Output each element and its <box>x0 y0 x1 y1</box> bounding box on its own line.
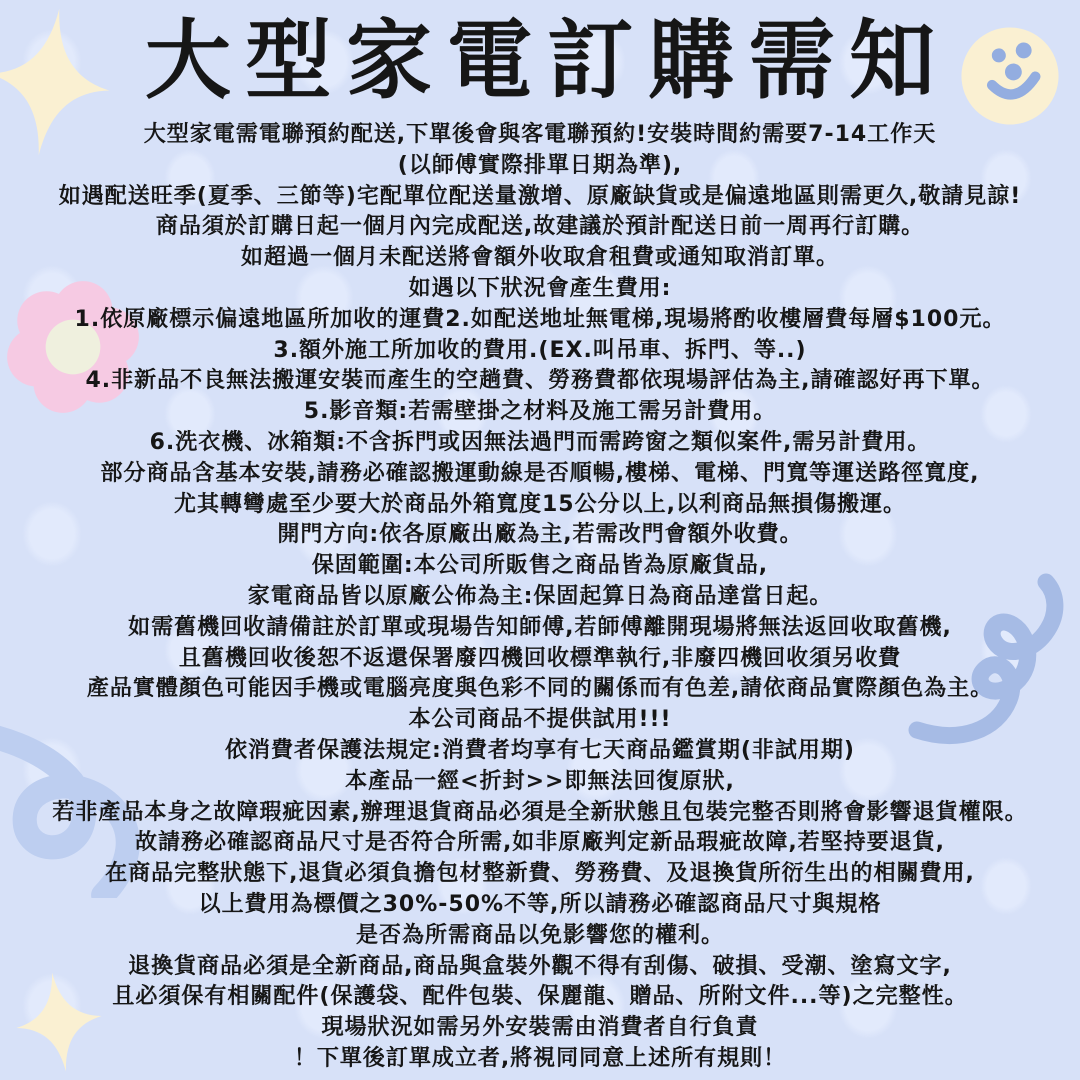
notice-line: 部分商品含基本安裝,請務必確認搬運動線是否順暢,樓梯、電梯、門寬等運送路徑寬度, <box>0 459 1080 490</box>
notice-line: 現場狀況如需另外安裝需由消費者自行負責 <box>0 1013 1080 1044</box>
notice-line: 以上費用為標價之30%-50%不等,所以請務必確認商品尺寸與規格 <box>0 890 1080 921</box>
notice-line: 大型家電需電聯預約配送,下單後會與客電聯預約!安裝時間約需要7-14工作天 <box>0 120 1080 151</box>
notice-line: 產品實體顏色可能因手機或電腦亮度與色彩不同的關係而有色差,請依商品實際顏色為主。 <box>0 674 1080 705</box>
notice-line: 若非產品本身之故障瑕疵因素,辦理退貨商品必須是全新狀態且包裝完整否則將會影響退貨… <box>0 798 1080 829</box>
notice-line: 3.額外施工所加收的費用.(EX.叫吊車、拆門、等..) <box>0 336 1080 367</box>
notice-line: 如需舊機回收請備註於訂單或現場告知師傅,若師傅離開現場將無法返回收取舊機, <box>0 613 1080 644</box>
notice-line: 故請務必確認商品尺寸是否符合所需,如非原廠判定新品瑕疵故障,若堅持要退貨, <box>0 828 1080 859</box>
notice-line: 4.非新品不良無法搬運安裝而產生的空趟費、勞務費都依現場評估為主,請確認好再下單… <box>0 366 1080 397</box>
notice-line: 商品須於訂購日起一個月內完成配送,故建議於預計配送日前一周再行訂購。 <box>0 212 1080 243</box>
notice-line: ！下單後訂單成立者,將視同同意上述所有規則！ <box>0 1044 1080 1075</box>
notice-line: 6.洗衣機、冰箱類:不含拆門或因無法過門而需跨窗之類似案件,需另計費用。 <box>0 428 1080 459</box>
notice-body: 大型家電需電聯預約配送,下單後會與客電聯預約!安裝時間約需要7-14工作天(以師… <box>0 120 1080 1075</box>
notice-line: 保固範圍:本公司所販售之商品皆為原廠貨品, <box>0 551 1080 582</box>
notice-line: 如遇配送旺季(夏季、三節等)宅配單位配送量激增、原廠缺貨或是偏遠地區則需更久,敬… <box>0 182 1080 213</box>
notice-poster: { "colors": { "background": "#D7E1F8", "… <box>0 0 1080 1080</box>
notice-line: 1.依原廠標示偏遠地區所加收的運費2.如配送地址無電梯,現場將酌收樓層費每層$1… <box>0 305 1080 336</box>
notice-line: 本產品一經<折封>>即無法回復原狀, <box>0 767 1080 798</box>
notice-line: 如超過一個月未配送將會額外收取倉租費或通知取消訂單。 <box>0 243 1080 274</box>
notice-line: 依消費者保護法規定:消費者均享有七天商品鑑賞期(非試用期) <box>0 736 1080 767</box>
notice-line: 且舊機回收後恕不返還保署廢四機回收標準執行,非廢四機回收須另收費 <box>0 644 1080 675</box>
notice-line: 開門方向:依各原廠出廠為主,若需改門會額外收費。 <box>0 520 1080 551</box>
notice-line: 尤其轉彎處至少要大於商品外箱寬度15公分以上,以利商品無損傷搬運。 <box>0 490 1080 521</box>
notice-line: 在商品完整狀態下,退貨必須負擔包材整新費、勞務費、及退換貨所衍生出的相關費用, <box>0 859 1080 890</box>
notice-line: 家電商品皆以原廠公佈為主:保固起算日為商品達當日起。 <box>0 582 1080 613</box>
notice-line: 如遇以下狀況會產生費用: <box>0 274 1080 305</box>
page-title: 大型家電訂購需知 <box>0 6 1080 116</box>
notice-line: 5.影音類:若需壁掛之材料及施工需另計費用。 <box>0 397 1080 428</box>
notice-line: 本公司商品不提供試用!!! <box>0 705 1080 736</box>
notice-line: 退換貨商品必須是全新商品,商品與盒裝外觀不得有刮傷、破損、受潮、塗寫文字, <box>0 952 1080 983</box>
notice-line: 是否為所需商品以免影響您的權利。 <box>0 921 1080 952</box>
notice-line: (以師傅實際排單日期為準), <box>0 151 1080 182</box>
notice-line: 且必須保有相關配件(保護袋、配件包裝、保麗龍、贈品、所附文件...等)之完整性。 <box>0 982 1080 1013</box>
